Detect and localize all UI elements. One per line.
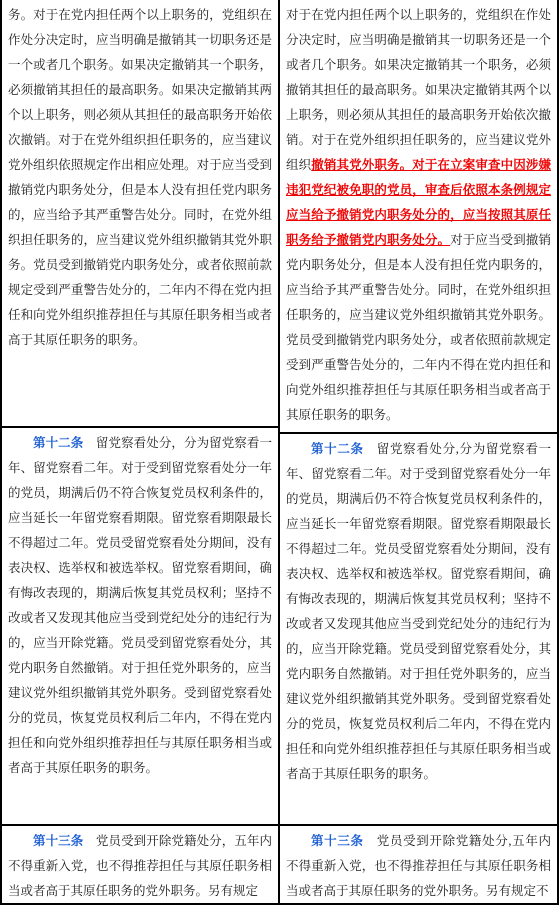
regulation-comparison-document: 务。对于在党内担任两个以上职务的，党组织在作处分决定时，应当明确是撤销其一切职务… <box>0 0 559 905</box>
original-article-13-cell: 第十三条 党员受到开除党籍处分，五年内不得重新入党，也不得推荐担任与其原任职务相… <box>2 826 278 903</box>
regulation-paragraph: 第十三条 党员受到开除党籍处分,五年内不得重新入党，也不得推荐担任与其原任职务相… <box>286 829 551 903</box>
regulation-paragraph: 第十二条 留党察看处分,分为留党察看一年、留党察看二年。对于受到留党察看处分一年… <box>286 437 551 787</box>
regulation-paragraph: 第十三条 党员受到开除党籍处分，五年内不得重新入党，也不得推荐担任与其原任职务相… <box>8 829 272 903</box>
original-version-column: 务。对于在党内担任两个以上职务的，党组织在作处分决定时，应当明确是撤销其一切职务… <box>2 0 280 903</box>
body-text: 对于应当受到撤销党内职务处分，但是本人没有担任党内职务的，应当给予其严重警告处分… <box>286 233 551 422</box>
regulation-paragraph: 第十二条 留党察看处分，分为留党察看一年、留党察看二年。对于受到留党察看处分一年… <box>8 431 272 781</box>
revised-version-column: 对于在党内担任两个以上职务的，党组织在作处分决定时，应当明确是撤销其一切职务还是… <box>280 0 557 903</box>
revised-article-13-cell: 第十三条 党员受到开除党籍处分,五年内不得重新入党，也不得推荐担任与其原任职务相… <box>280 826 557 903</box>
original-article-12-cell: 第十二条 留党察看处分，分为留党察看一年、留党察看二年。对于受到留党察看处分一年… <box>2 428 278 826</box>
body-text: 对于在党内担任两个以上职务的，党组织在作处分决定时，应当明确是撤销其一切职务还是… <box>286 8 551 172</box>
revised-clause-11-cell: 对于在党内担任两个以上职务的，党组织在作处分决定时，应当明确是撤销其一切职务还是… <box>280 0 557 434</box>
revised-article-12-cell: 第十二条 留党察看处分,分为留党察看一年、留党察看二年。对于受到留党察看处分一年… <box>280 434 557 826</box>
article-number: 第十三条 <box>33 834 83 848</box>
regulation-paragraph: 对于在党内担任两个以上职务的，党组织在作处分决定时，应当明确是撤销其一切职务还是… <box>286 3 551 428</box>
article-number: 第十三条 <box>311 834 364 848</box>
article-number: 第十二条 <box>33 436 83 450</box>
regulation-paragraph: 务。对于在党内担任两个以上职务的，党组织在作处分决定时，应当明确是撤销其一切职务… <box>8 3 272 353</box>
body-text: 务。对于在党内担任两个以上职务的，党组织在作处分决定时，应当明确是撤销其一切职务… <box>8 8 272 347</box>
article-number: 第十二条 <box>311 442 364 456</box>
body-text: 留党察看处分,分为留党察看一年、留党察看二年。对于受到留党察看处分一年的党员，期… <box>286 442 551 781</box>
original-clause-11-cell: 务。对于在党内担任两个以上职务的，党组织在作处分决定时，应当明确是撤销其一切职务… <box>2 0 278 428</box>
body-text: 留党察看处分，分为留党察看一年、留党察看二年。对于受到留党察看处分一年的党员，期… <box>8 436 272 775</box>
